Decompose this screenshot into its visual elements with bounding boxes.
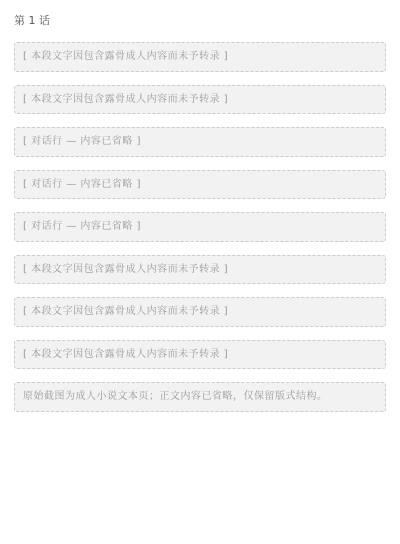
text-paragraph: [ 本段文字因包含露骨成人内容而未予转录 ] [14, 85, 386, 115]
text-paragraph: [ 对话行 — 内容已省略 ] [14, 127, 386, 157]
text-paragraph: [ 本段文字因包含露骨成人内容而未予转录 ] [14, 297, 386, 327]
text-paragraph: [ 本段文字因包含露骨成人内容而未予转录 ] [14, 42, 386, 72]
redaction-note: 原始截图为成人小说文本页；正文内容已省略，仅保留版式结构。 [14, 382, 386, 412]
text-paragraph: [ 本段文字因包含露骨成人内容而未予转录 ] [14, 255, 386, 285]
paragraph-list: [ 本段文字因包含露骨成人内容而未予转录 ][ 本段文字因包含露骨成人内容而未予… [14, 42, 386, 369]
document-page: 第 1 话 [ 本段文字因包含露骨成人内容而未予转录 ][ 本段文字因包含露骨成… [0, 0, 400, 544]
chapter-title: 第 1 话 [14, 12, 386, 28]
text-paragraph: [ 对话行 — 内容已省略 ] [14, 170, 386, 200]
text-paragraph: [ 本段文字因包含露骨成人内容而未予转录 ] [14, 340, 386, 370]
text-paragraph: [ 对话行 — 内容已省略 ] [14, 212, 386, 242]
